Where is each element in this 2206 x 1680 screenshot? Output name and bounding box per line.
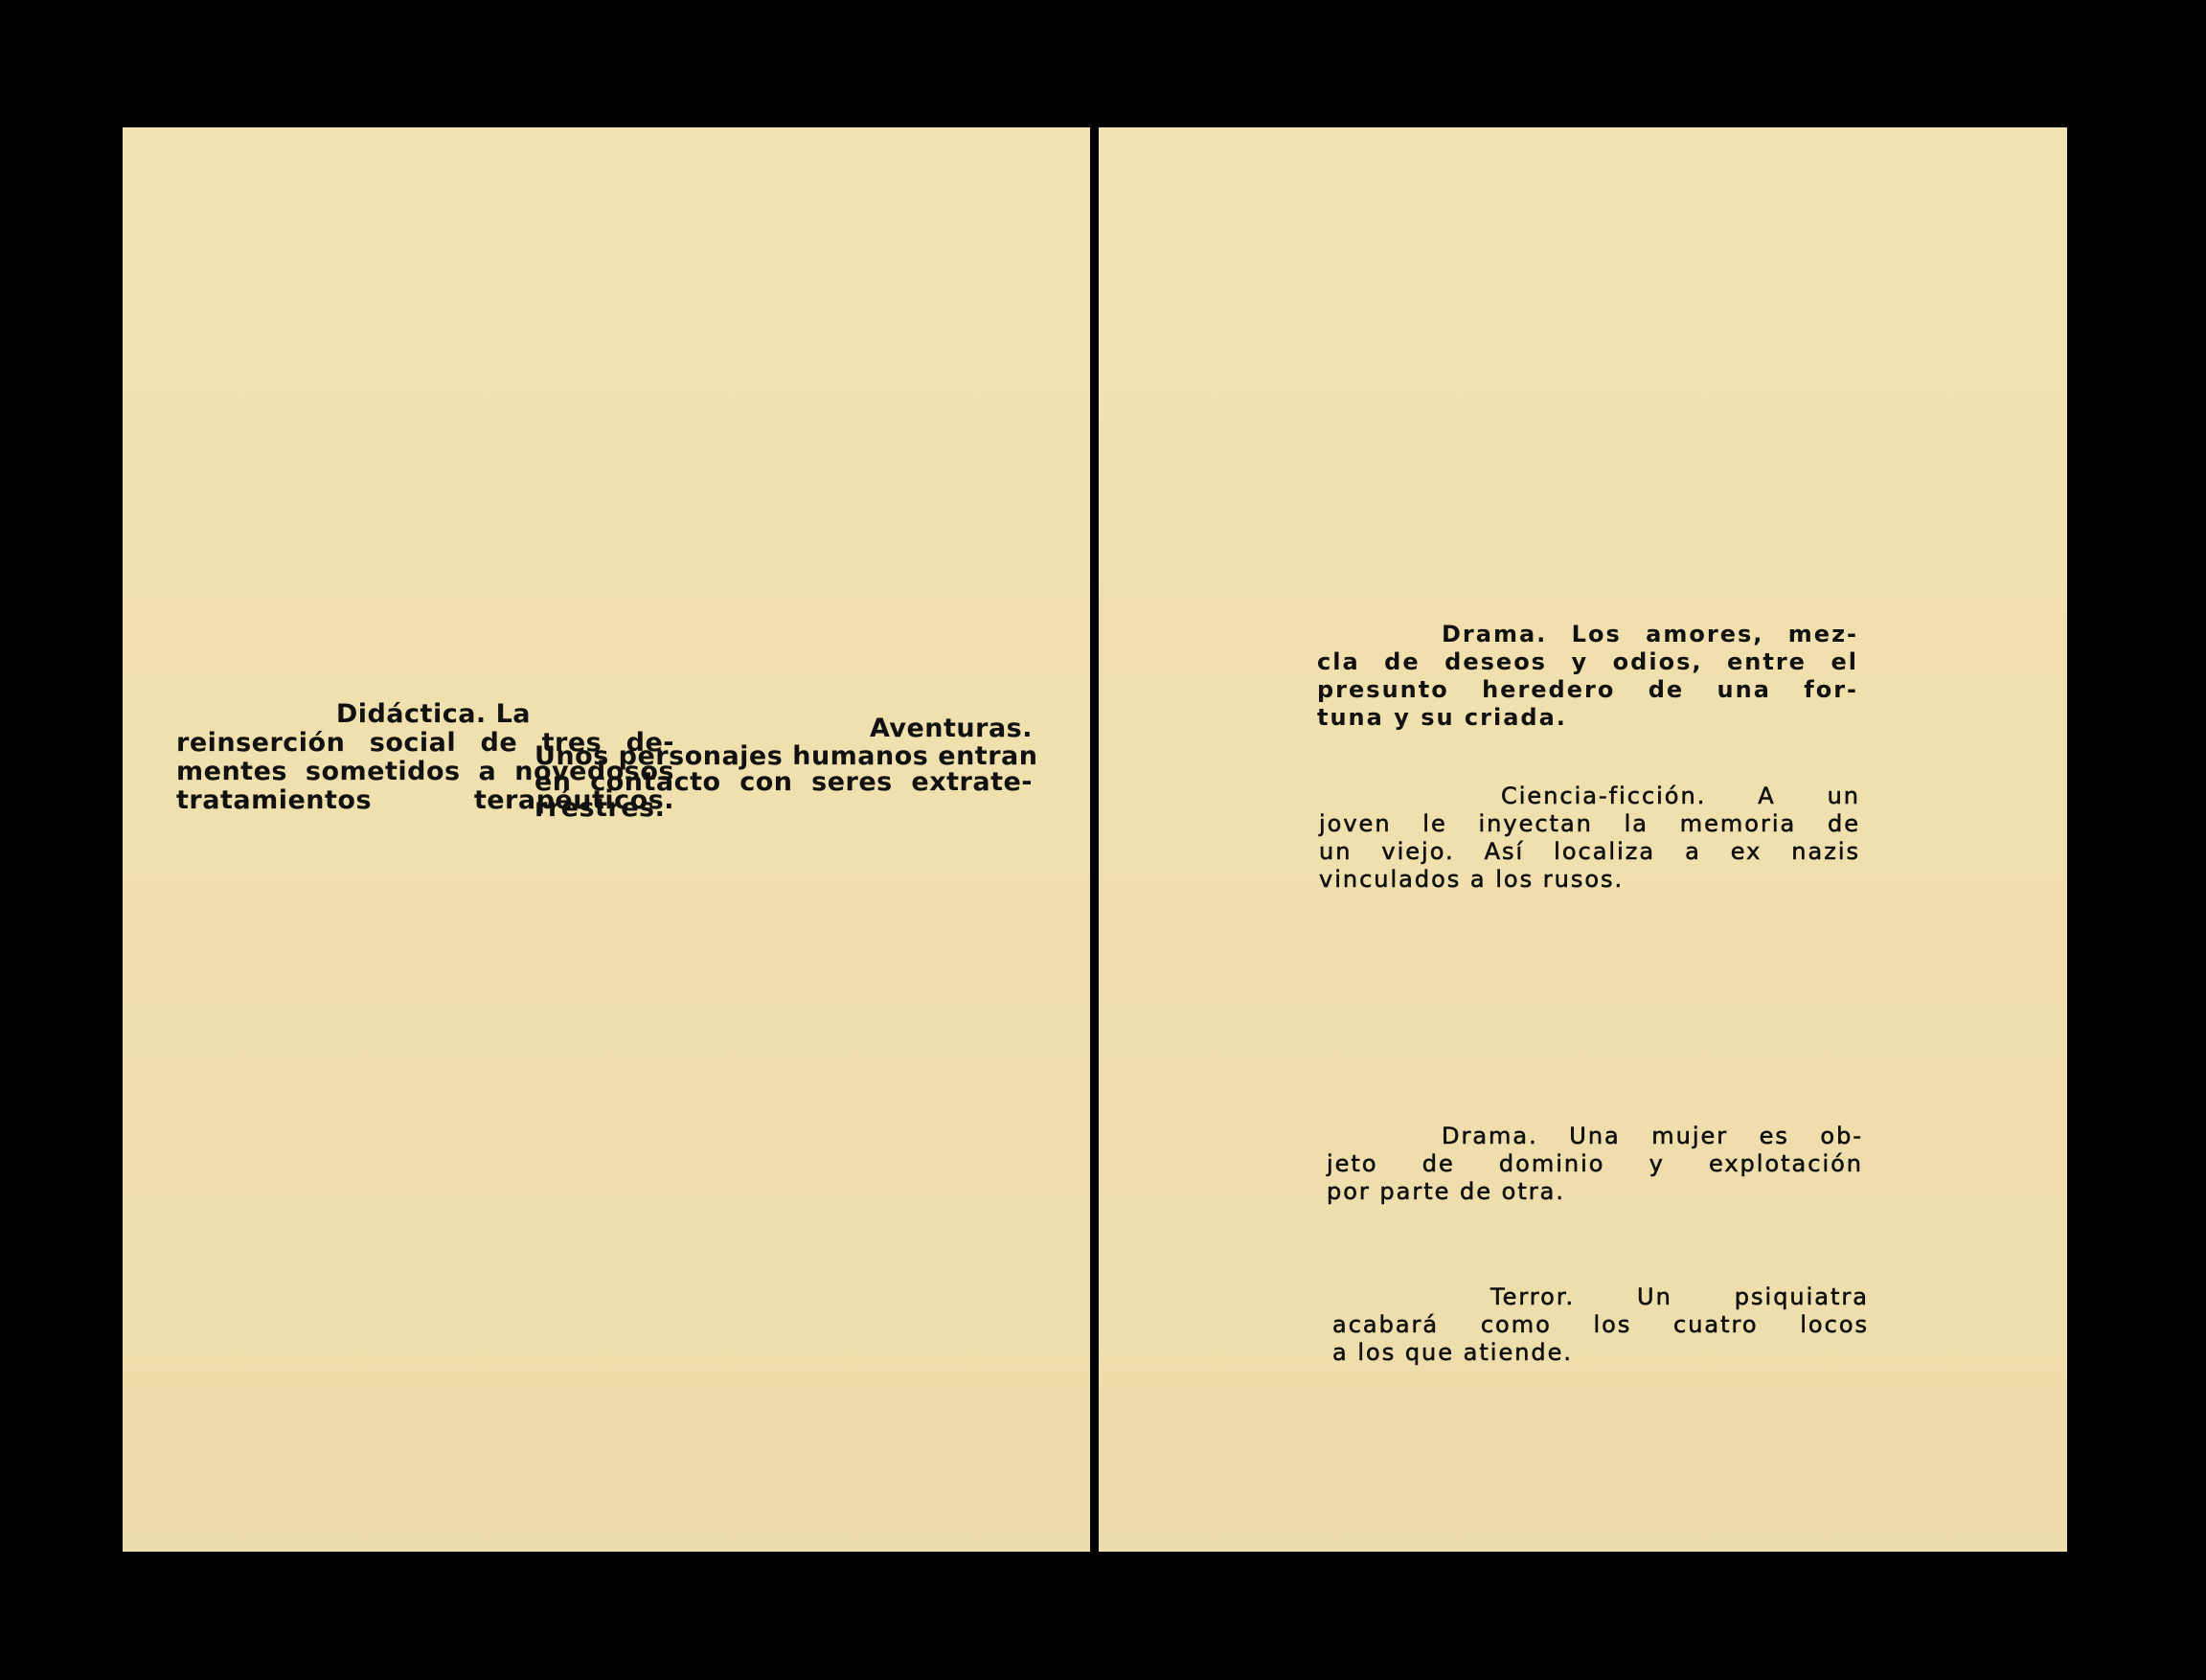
clipping-line: cla de deseos y odios, entre el (1317, 648, 1858, 676)
clipping-line: presunto heredero de una for- (1317, 676, 1858, 704)
clipping-line: Terror. Un psiquiatra (1332, 1283, 1869, 1311)
right-page: Drama. Los amores, mez- cla de deseos y … (1099, 127, 2067, 1552)
clipping-line: vinculados a los rusos. (1319, 866, 1860, 894)
clipping-terror: Terror. Un psiquiatra acabará como los c… (1332, 1283, 1869, 1367)
clipping-drama-1: Drama. Los amores, mez- cla de deseos y … (1317, 621, 1858, 732)
clipping-line: a los que atiende. (1332, 1339, 1869, 1367)
clipping-ciencia-ficcion: Ciencia-ficción. A un joven le inyectan … (1319, 783, 1860, 894)
clipping-line: Ciencia-ficción. A un (1319, 783, 1860, 810)
clipping-aventuras: Aventuras. Unos personajes humanos entra… (534, 729, 1033, 825)
clipping-line: Drama. Una mujer es ob- (1327, 1123, 1863, 1150)
clipping-line: por parte de otra. (1327, 1178, 1863, 1206)
clipping-drama-2: Drama. Una mujer es ob- jeto de dominio … (1327, 1123, 1863, 1206)
clipping-line: joven le inyectan la memoria de (1319, 810, 1860, 838)
clipping-line: jeto de dominio y explotación (1327, 1150, 1863, 1178)
clipping-line: tuna y su criada. (1317, 704, 1858, 732)
clipping-line: un viejo. Así localiza a ex nazis (1319, 838, 1860, 866)
clipping-line: Drama. Los amores, mez- (1317, 621, 1858, 648)
clipping-line: acabará como los cuatro locos (1332, 1311, 1869, 1339)
left-page: Didáctica. La reinserción social de tres… (123, 127, 1090, 1552)
